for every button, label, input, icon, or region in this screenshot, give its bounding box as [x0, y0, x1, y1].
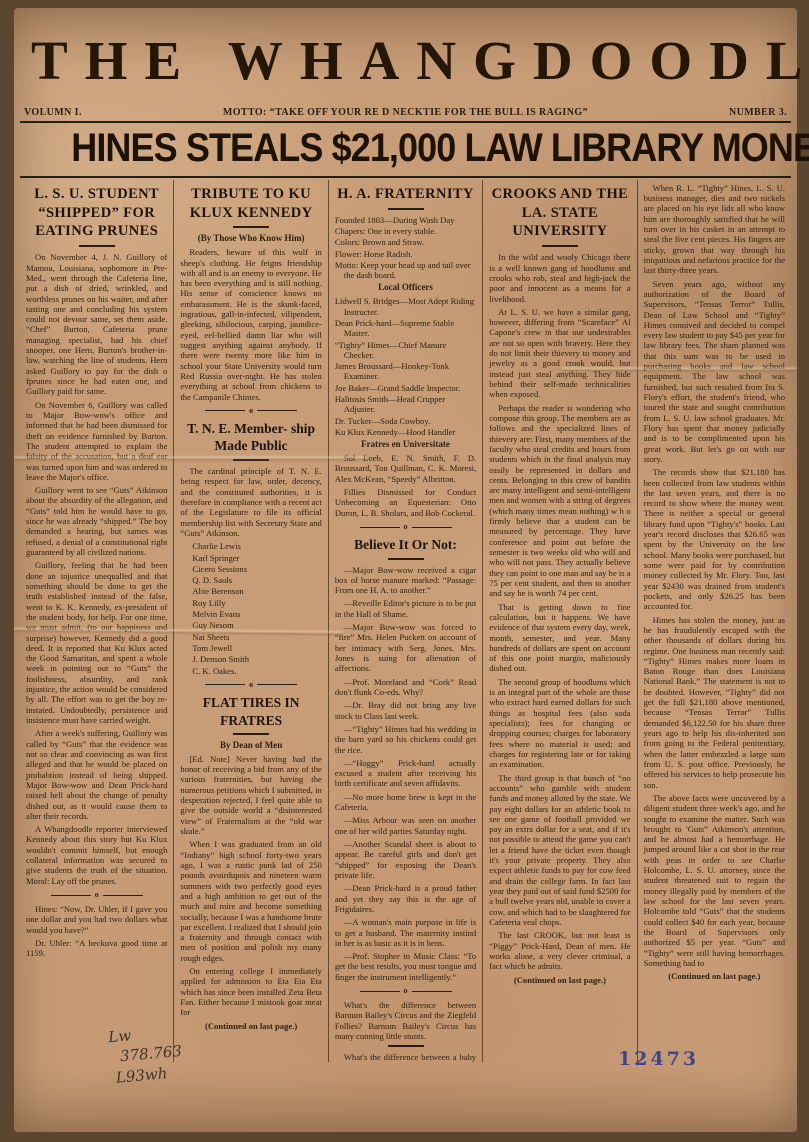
article-byline: Fratres en Universitate: [335, 439, 476, 450]
headline-divider-rule: [388, 558, 424, 560]
article-paragraph: In the wild and wooly Chicago there is a…: [489, 252, 630, 304]
article-paragraph: On November 6, Guillory was called to Ma…: [26, 400, 167, 483]
article-paragraph: When I was graduated from an old “Indian…: [180, 839, 321, 963]
article-list-line: Lidwell S. Bridges—Most Adept Riding Ins…: [335, 296, 476, 317]
member-list-item: Guy Nesom: [192, 620, 321, 630]
column-2: TRIBUTE TO KU KLUX KENNEDY(By Those Who …: [173, 180, 327, 1062]
article-paragraph: Dr. Uhler: “A heckuva good time at 1159.: [26, 938, 167, 959]
article-byline: (By Those Who Know Him): [180, 233, 321, 244]
section-separator: o: [335, 987, 476, 995]
article-paragraph: Guillory went to see “Guts” Atkinson abo…: [26, 485, 167, 557]
member-list: Charlie LewisKarl SpringerCicero Session…: [180, 541, 321, 676]
article-list-line: “Tighty” Himes—Chief Manure Checker.: [335, 340, 476, 361]
motto-text: MOTTO: “TAKE OFF YOUR RE D NECKTIE FOR T…: [223, 107, 588, 118]
article-paragraph: Perhaps the reader is wondering who comp…: [489, 403, 630, 599]
continued-note: (Continued on last page.): [644, 971, 785, 981]
newspaper-page: THE WHANGDOODLE VOLUMN I. MOTTO: “TAKE O…: [0, 0, 809, 1142]
banner-headline-text: HINES STEALS $21,000 LAW LIBRARY MONEY M…: [71, 126, 809, 171]
headline-divider-rule: [233, 226, 269, 228]
member-list-item: Cicero Sessions: [192, 564, 321, 574]
article-paragraph: What's the difference between a baby and…: [335, 1052, 476, 1061]
article-paragraph: A Whangdoodle reporter interviewed Kenne…: [26, 824, 167, 886]
article-paragraph: Fillies Dismissed for Conduct Unbecoming…: [335, 487, 476, 518]
article-paragraph: The records show that $21,180 has been c…: [644, 467, 785, 611]
member-list-item: Q. D. Sauls: [192, 575, 321, 585]
article-list-line: Ku Klux Kennedy—Hood Handler: [335, 427, 476, 437]
article-paragraph: At L. S. U. we have a similar gang, howe…: [489, 307, 630, 400]
article-subhead: Believe It Or Not:: [335, 536, 476, 554]
section-separator: o: [180, 407, 321, 415]
article-list-line: Chapers: One in every stable.: [335, 226, 476, 236]
volume-label: VOLUMN I.: [24, 107, 82, 118]
continued-note: (Continued on last page.): [180, 1021, 321, 1031]
section-separator: o: [26, 891, 167, 899]
article-paragraph: Seven years ago, without any authorizati…: [644, 279, 785, 465]
article-paragraph: The last CROOK, but not least is “Piggy”…: [489, 930, 630, 971]
member-list-item: Abie Berenson: [192, 586, 321, 596]
article-paragraph: On entering college I immediately applie…: [180, 966, 321, 1018]
separator-line: [257, 410, 297, 411]
article-paragraph: —Major Bow-wow received a cigar box of h…: [335, 565, 476, 596]
article-list-line: James Broussard—Honkey-Tonk Examiner.: [335, 361, 476, 382]
article-paragraph: Himes has stolen the money, just as he h…: [644, 615, 785, 790]
article-paragraph: —Prof. Moreland and “Cork” Read don't fl…: [335, 677, 476, 698]
member-list-item: Charlie Lewis: [192, 541, 321, 551]
separator-glyph: o: [249, 681, 253, 689]
article-paragraph: The third group is that bunch of “no acc…: [489, 773, 630, 928]
member-list-item: Roy Lilly: [192, 598, 321, 608]
column-3: H. A. FRATERNITYFounded 1803—During Wash…: [328, 180, 482, 1062]
newspaper-title: THE WHANGDOODLE: [14, 32, 797, 90]
article-paragraph: When R. L. “Tighty” Hines, L. S. U. busi…: [644, 183, 785, 276]
separator-line: [205, 684, 245, 685]
article-list-line: Founded 1803—During Wash Day: [335, 215, 476, 225]
article-paragraph: —Major Bow-wow was forced to “fire” Mrs.…: [335, 622, 476, 674]
accession-number-stamp: 12473: [618, 1048, 699, 1070]
member-list-item: Melvin Evans: [192, 609, 321, 619]
article-paragraph: —Dr. Bray did not bring any live stock t…: [335, 700, 476, 721]
separator-line: [412, 527, 452, 528]
article-paragraph: Readers, beware of this wolf in sheep's …: [180, 247, 321, 402]
headline-divider-rule: [233, 459, 269, 461]
headline-divider-rule: [233, 733, 269, 735]
separator-line: [360, 527, 400, 528]
separator-line: [103, 895, 143, 896]
article-paragraph: After a week's suffering, Guillory was c…: [26, 728, 167, 821]
article-list-line: Dean Prick-hard—Supreme Stable Master.: [335, 318, 476, 339]
member-list-item: J. Denson Smith: [192, 654, 321, 664]
separator-glyph: o: [404, 987, 408, 995]
separator-line: [412, 991, 452, 992]
headline-divider-rule: [388, 208, 424, 210]
section-separator: o: [180, 681, 321, 689]
article-paragraph: The cardinal principle of T. N. E. being…: [180, 466, 321, 538]
section-separator: o: [335, 523, 476, 531]
article-headline: H. A. FRATERNITY: [335, 185, 476, 204]
article-paragraph: That is getting down to fine calculation…: [489, 602, 630, 674]
article-subhead: T. N. E. Member- ship Made Public: [180, 420, 321, 455]
separator-line: [51, 895, 91, 896]
article-headline: TRIBUTE TO KU KLUX KENNEDY: [180, 185, 321, 223]
headline-divider-rule: [388, 1045, 424, 1047]
article-paragraph: [Ed. Note] Never having had the honor of…: [180, 754, 321, 837]
article-headline: L. S. U. STUDENT “SHIPPED” FOR EATING PR…: [26, 185, 167, 242]
issue-number-label: NUMBER 3.: [729, 107, 787, 118]
article-paragraph: —Dean Prick-hard is a proud father and y…: [335, 883, 476, 914]
member-list-item: Karl Springer: [192, 553, 321, 563]
article-paragraph: —“Tighty” Himes had his wedding in the b…: [335, 724, 476, 755]
masthead: THE WHANGDOODLE VOLUMN I. MOTTO: “TAKE O…: [14, 8, 797, 178]
masthead-info-row: VOLUMN I. MOTTO: “TAKE OFF YOUR RE D NEC…: [20, 104, 791, 123]
article-headline: CROOKS AND THE LA. STATE UNIVERSITY: [489, 185, 630, 242]
article-list-line: Motto: Keep your head up and tail over t…: [335, 260, 476, 281]
article-list-line: Colors: Brown and Straw.: [335, 237, 476, 247]
article-subhead: FLAT TIRES IN FRATRES: [180, 694, 321, 729]
article-list-line: Halitosis Smith—Head Crupper Adjuster.: [335, 394, 476, 415]
article-paragraph: —A woman's main purpose in life is to ge…: [335, 917, 476, 948]
separator-glyph: o: [404, 523, 408, 531]
member-list-item: C. K. Oakes.: [192, 666, 321, 676]
banner-headline: HINES STEALS $21,000 LAW LIBRARY MONEY M…: [20, 123, 791, 178]
article-paragraph: The second group of hoodlums which is an…: [489, 677, 630, 770]
headline-divider-rule: [79, 245, 115, 247]
column-4: CROOKS AND THE LA. STATE UNIVERSITYIn th…: [482, 180, 636, 1062]
member-list-item: Tom Jewell: [192, 643, 321, 653]
column-5: When R. L. “Tighty” Hines, L. S. U. busi…: [637, 180, 791, 1062]
separator-line: [257, 684, 297, 685]
separator-line: [205, 410, 245, 411]
article-list-line: Joe Baker—Grand Saddle Inspector.: [335, 383, 476, 393]
handwritten-call-number: Lw 378.763 L93wh: [107, 1021, 184, 1088]
article-paragraph: Sol Loeb, E. N. Smith, F. D. Broussard, …: [335, 453, 476, 484]
article-byline: By Dean of Men: [180, 740, 321, 751]
column-1: L. S. U. STUDENT “SHIPPED” FOR EATING PR…: [20, 180, 173, 1062]
article-paragraph: —Prof. Stopher in Music Class: “To get t…: [335, 951, 476, 982]
article-paragraph: —“Hoggy” Prick-hard actually excused a s…: [335, 758, 476, 789]
member-list-item: Nat Sheets: [192, 632, 321, 642]
article-byline: Local Officers: [335, 282, 476, 293]
separator-line: [360, 991, 400, 992]
paper-sheet: THE WHANGDOODLE VOLUMN I. MOTTO: “TAKE O…: [14, 8, 797, 1132]
article-paragraph: What's the difference between Barnum Bai…: [335, 1000, 476, 1041]
headline-divider-rule: [542, 245, 578, 247]
separator-glyph: o: [95, 891, 99, 899]
article-list-line: Flower: Horse Radish.: [335, 249, 476, 259]
article-paragraph: —Reveille Editor's picture is to be put …: [335, 598, 476, 619]
article-columns: L. S. U. STUDENT “SHIPPED” FOR EATING PR…: [20, 180, 791, 1062]
article-paragraph: On November 4, J. N. Guillory of Mamou, …: [26, 252, 167, 396]
article-paragraph: —No more home brew is kept in the Cafete…: [335, 792, 476, 813]
article-paragraph: The above facts were uncovered by a dili…: [644, 793, 785, 968]
article-list-line: Dr. Tucker—Soda Cowboy.: [335, 416, 476, 426]
separator-glyph: o: [249, 407, 253, 415]
article-paragraph: —Miss Arbour was seen on another one of …: [335, 815, 476, 836]
continued-note: (Continued on last page.): [489, 975, 630, 985]
article-paragraph: Hines: “Now, Dr. Uhler, if I gave you on…: [26, 904, 167, 935]
article-paragraph: —Another Scandal sheet is about to appea…: [335, 839, 476, 880]
article-paragraph: Guillory, feeling that he had been done …: [26, 560, 167, 725]
